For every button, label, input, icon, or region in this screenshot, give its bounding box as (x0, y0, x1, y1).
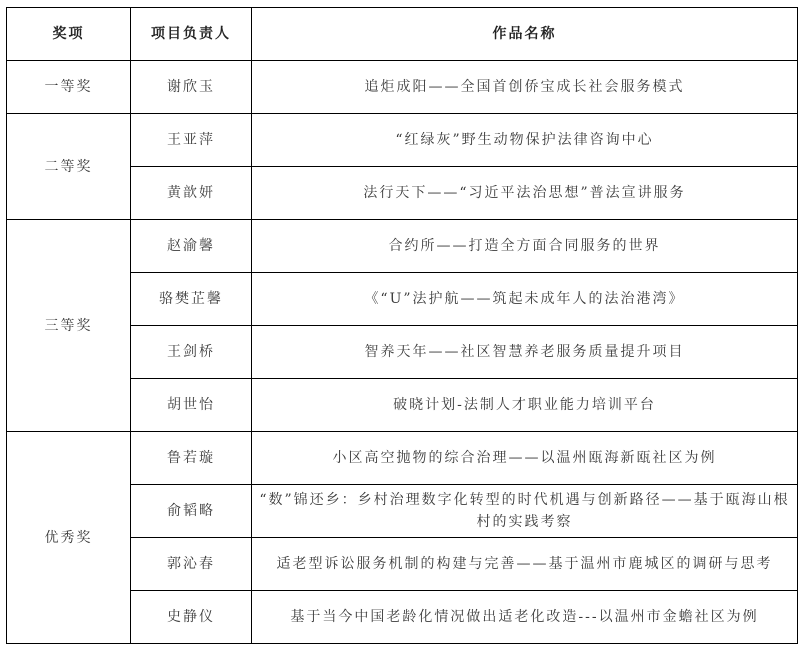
leader-cell: 骆樊芷馨 (131, 273, 252, 326)
leader-cell: 黄歆妍 (131, 167, 252, 220)
header-award: 奖项 (7, 8, 131, 61)
header-leader: 项目负责人 (131, 8, 252, 61)
title-cell: “红绿灰”野生动物保护法律咨询中心 (252, 114, 798, 167)
title-cell: 法行天下——“习近平法治思想”普法宣讲服务 (252, 167, 798, 220)
table-row: 三等奖 赵渝馨 合约所——打造全方面合同服务的世界 (7, 220, 798, 273)
header-title: 作品名称 (252, 8, 798, 61)
award-cell-second: 二等奖 (7, 114, 131, 220)
title-cell: 适老型诉讼服务机制的构建与完善——基于温州市鹿城区的调研与思考 (252, 538, 798, 591)
awards-table: 奖项 项目负责人 作品名称 一等奖 谢欣玉 追炬成阳——全国首创侨宝成长社会服务… (6, 7, 798, 644)
leader-cell: 俞韬略 (131, 485, 252, 538)
title-cell: 《“U”法护航——筑起未成年人的法治港湾》 (252, 273, 798, 326)
leader-cell: 赵渝馨 (131, 220, 252, 273)
header-row: 奖项 项目负责人 作品名称 (7, 8, 798, 61)
table-row: 优秀奖 鲁若璇 小区高空抛物的综合治理——以温州瓯海新瓯社区为例 (7, 432, 798, 485)
table-row: 二等奖 王亚萍 “红绿灰”野生动物保护法律咨询中心 (7, 114, 798, 167)
award-cell-third: 三等奖 (7, 220, 131, 432)
leader-cell: 胡世怡 (131, 379, 252, 432)
award-cell-excellence: 优秀奖 (7, 432, 131, 644)
title-cell: 追炬成阳——全国首创侨宝成长社会服务模式 (252, 61, 798, 114)
title-cell: “数”锦还乡：乡村治理数字化转型的时代机遇与创新路径——基于瓯海山根村的实践考察 (252, 485, 798, 538)
leader-cell: 王亚萍 (131, 114, 252, 167)
title-cell: 小区高空抛物的综合治理——以温州瓯海新瓯社区为例 (252, 432, 798, 485)
leader-cell: 史静仪 (131, 591, 252, 644)
leader-cell: 鲁若璇 (131, 432, 252, 485)
title-cell: 基于当今中国老龄化情况做出适老化改造---以温州市金蟾社区为例 (252, 591, 798, 644)
title-cell: 合约所——打造全方面合同服务的世界 (252, 220, 798, 273)
title-cell: 破晓计划-法制人才职业能力培训平台 (252, 379, 798, 432)
leader-cell: 谢欣玉 (131, 61, 252, 114)
leader-cell: 王剑桥 (131, 326, 252, 379)
table-row: 一等奖 谢欣玉 追炬成阳——全国首创侨宝成长社会服务模式 (7, 61, 798, 114)
leader-cell: 郭沁春 (131, 538, 252, 591)
award-cell-first: 一等奖 (7, 61, 131, 114)
title-cell: 智养天年——社区智慧养老服务质量提升项目 (252, 326, 798, 379)
